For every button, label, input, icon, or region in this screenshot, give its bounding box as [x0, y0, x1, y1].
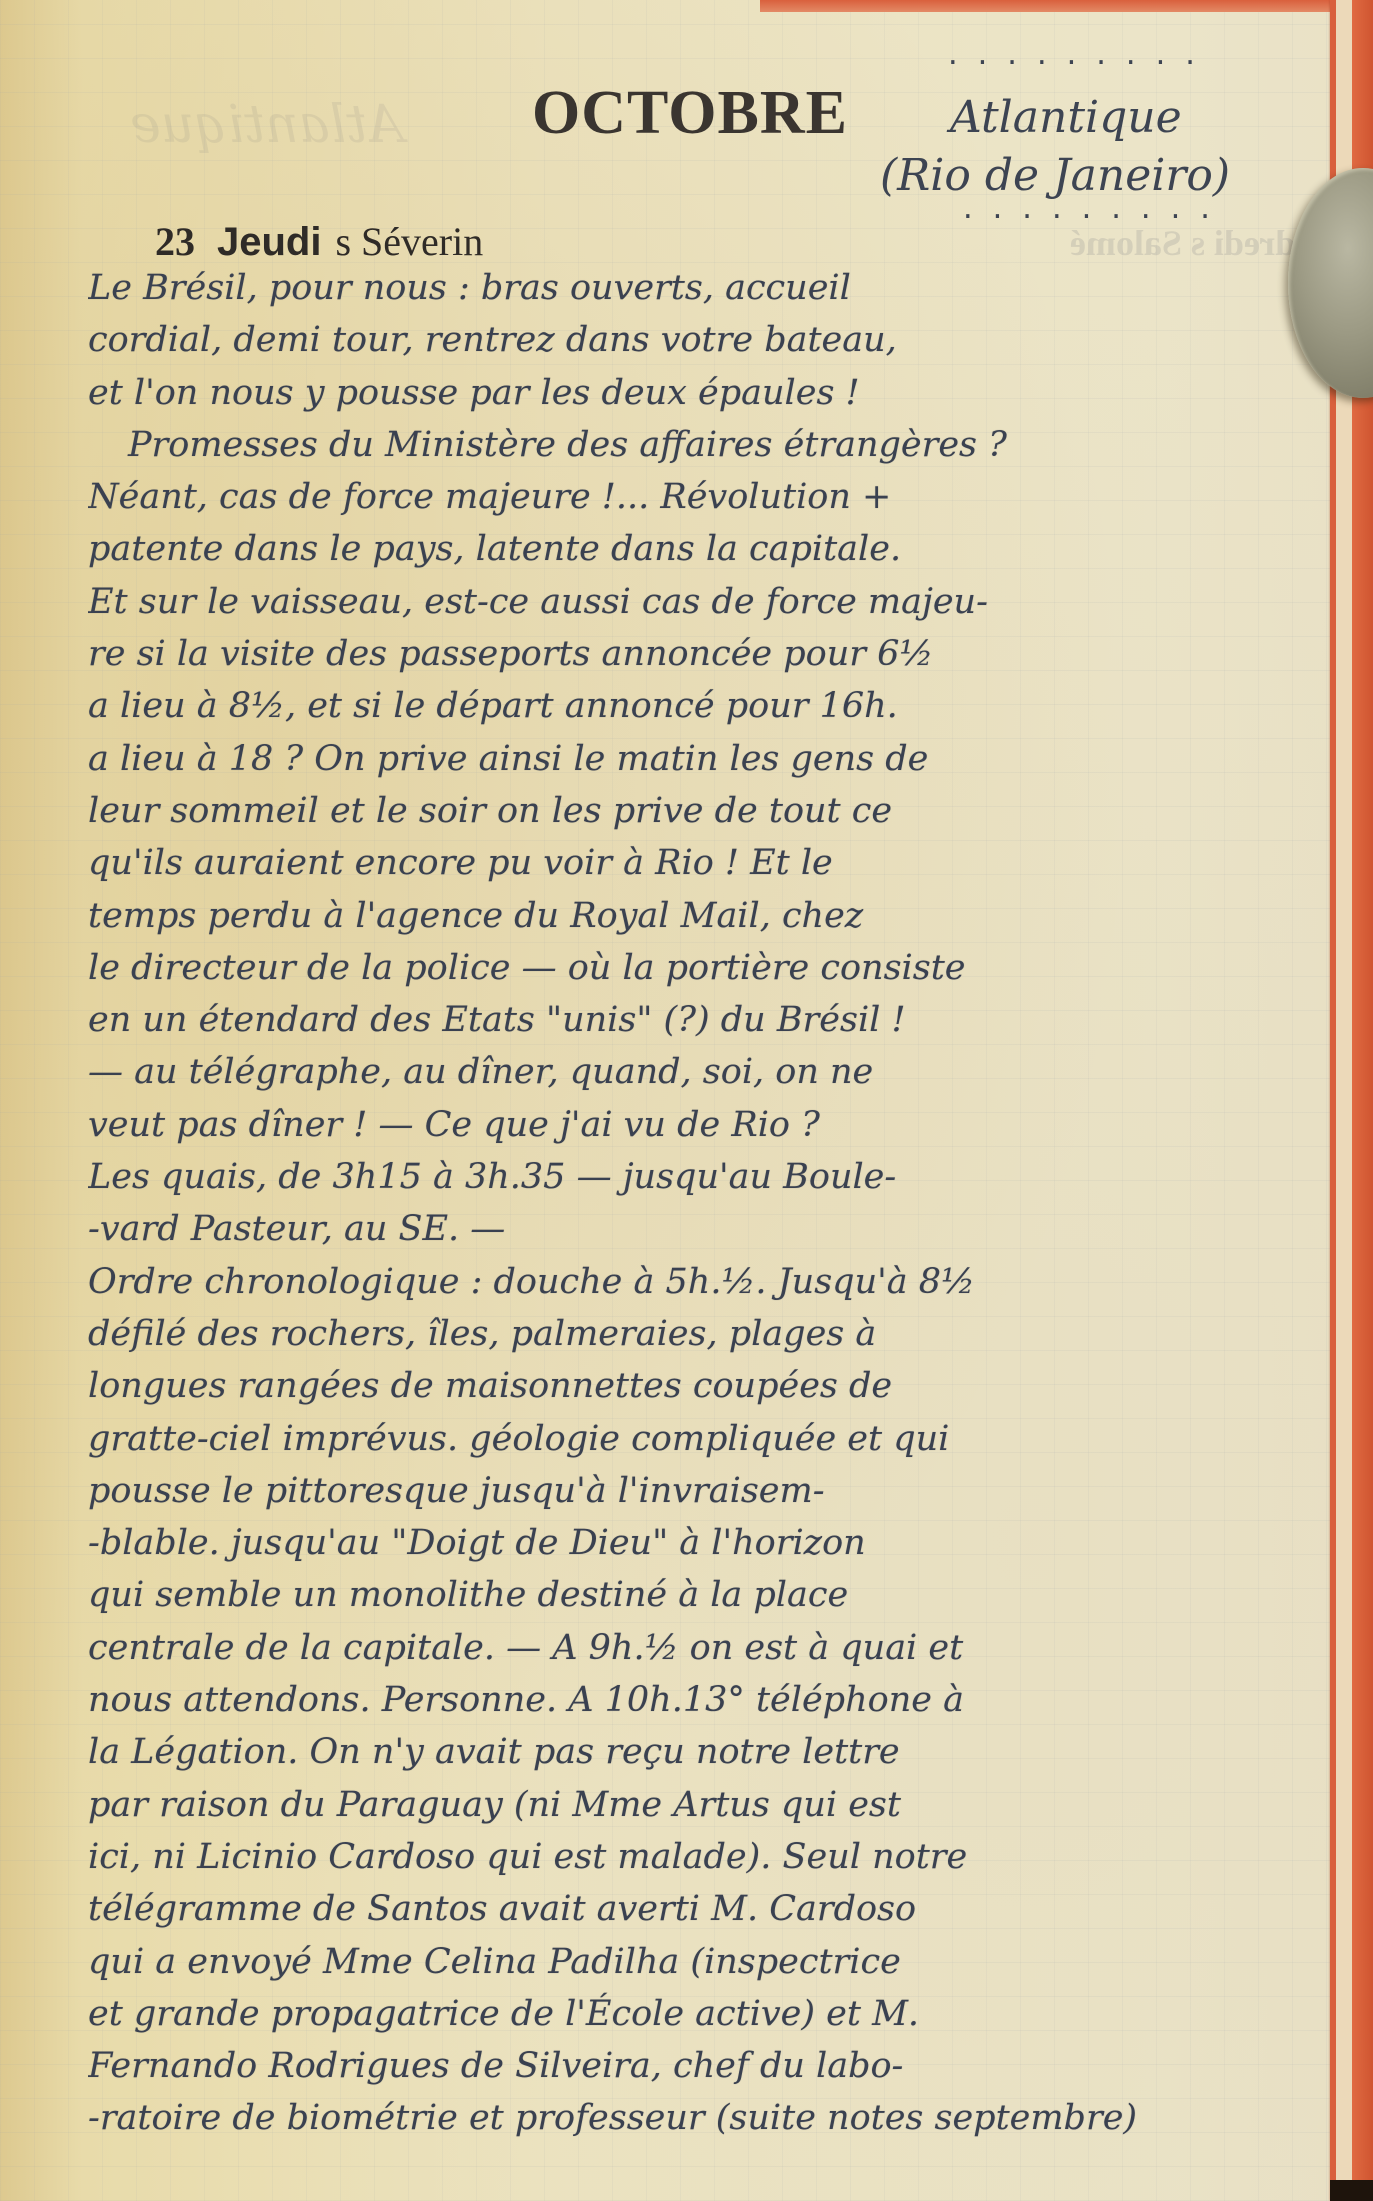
saint-of-day: s Séverin [335, 219, 483, 264]
handwritten-line: Et sur le vaisseau, est-ce aussi cas de … [88, 576, 1323, 628]
handwritten-line: qui a envoyé Mme Celina Padilha (inspect… [88, 1936, 1323, 1988]
handwritten-line: veut pas dîner ! — Ce que j'ai vu de Rio… [88, 1099, 1323, 1151]
handwritten-line: temps perdu à l'agence du Royal Mail, ch… [88, 890, 1323, 942]
handwritten-line: pousse le pittoresque jusqu'à l'invraise… [88, 1465, 1323, 1517]
handwritten-line: centrale de la capitale. — A 9h.½ on est… [88, 1622, 1323, 1674]
handwritten-line: longues rangées de maisonnettes coupées … [88, 1360, 1323, 1412]
page-edge-top [760, 0, 1373, 12]
date-heading: 23Jeudis Séverin [155, 218, 483, 265]
handwritten-line: leur sommeil et le soir on les prive de … [88, 785, 1323, 837]
handwritten-line: a lieu à 8½, et si le départ annoncé pou… [88, 680, 1323, 732]
annotation-dots-bottom: ········· [960, 202, 1227, 232]
handwritten-line: -blable. jusqu'au "Doigt de Dieu" à l'ho… [88, 1517, 1323, 1569]
annotation-city: (Rio de Janeiro) [880, 150, 1230, 201]
handwritten-line: re si la visite des passeports annoncée … [88, 628, 1323, 680]
handwritten-line: ici, ni Licinio Cardoso qui est malade).… [88, 1831, 1323, 1883]
handwritten-line: qu'ils auraient encore pu voir à Rio ! E… [88, 837, 1323, 889]
handwritten-line: qui semble un monolithe destiné à la pla… [88, 1569, 1323, 1621]
handwritten-line: et grande propagatrice de l'École active… [88, 1988, 1323, 2040]
weekday: Jeudi [217, 220, 321, 264]
handwritten-line: le directeur de la police — où la portiè… [88, 942, 1323, 994]
handwritten-line: Néant, cas de force majeure !... Révolut… [88, 471, 1323, 523]
handwritten-line: nous attendons. Personne. A 10h.13° télé… [88, 1674, 1323, 1726]
diary-page: Atlantique 24 Vendredi s Salomé OCTOBRE … [0, 0, 1373, 2201]
handwritten-line: Ordre chronologique : douche à 5h.½. Jus… [88, 1256, 1323, 1308]
handwritten-line: télégramme de Santos avait averti M. Car… [88, 1883, 1323, 1935]
handwritten-line: par raison du Paraguay (ni Mme Artus qui… [88, 1779, 1323, 1831]
day-number: 23 [155, 219, 195, 264]
handwritten-line: patente dans le pays, latente dans la ca… [88, 523, 1323, 575]
handwritten-line: -vard Pasteur, au SE. — [88, 1203, 1323, 1255]
annotation-dots-top: ········· [945, 48, 1212, 78]
handwritten-entry: Le Brésil, pour nous : bras ouverts, acc… [88, 262, 1323, 2145]
handwritten-line: Fernando Rodrigues de Silveira, chef du … [88, 2040, 1323, 2092]
handwritten-line: a lieu à 18 ? On prive ainsi le matin le… [88, 733, 1323, 785]
handwritten-line: la Légation. On n'y avait pas reçu notre… [88, 1726, 1323, 1778]
annotation-location: Atlantique [950, 92, 1182, 143]
handwritten-line: -ratoire de biométrie et professeur (sui… [88, 2092, 1323, 2144]
handwritten-line: — au télégraphe, au dîner, quand, soi, o… [88, 1046, 1323, 1098]
handwritten-line: Le Brésil, pour nous : bras ouverts, acc… [88, 262, 1323, 314]
month-heading: OCTOBRE [532, 78, 848, 149]
handwritten-line: gratte-ciel imprévus. géologie compliqué… [88, 1413, 1323, 1465]
handwritten-line: défilé des rochers, îles, palmeraies, pl… [88, 1308, 1323, 1360]
handwritten-line: et l'on nous y pousse par les deux épaul… [88, 367, 1323, 419]
bleed-through-annotation: Atlantique [130, 95, 404, 155]
handwritten-line: Les quais, de 3h15 à 3h.35 — jusqu'au Bo… [88, 1151, 1323, 1203]
handwritten-line: Promesses du Ministère des affaires étra… [88, 419, 1323, 471]
handwritten-line: en un étendard des Etats "unis" (?) du B… [88, 994, 1323, 1046]
page-corner-shadow [1330, 2180, 1373, 2201]
handwritten-line: cordial, demi tour, rentrez dans votre b… [88, 314, 1323, 366]
